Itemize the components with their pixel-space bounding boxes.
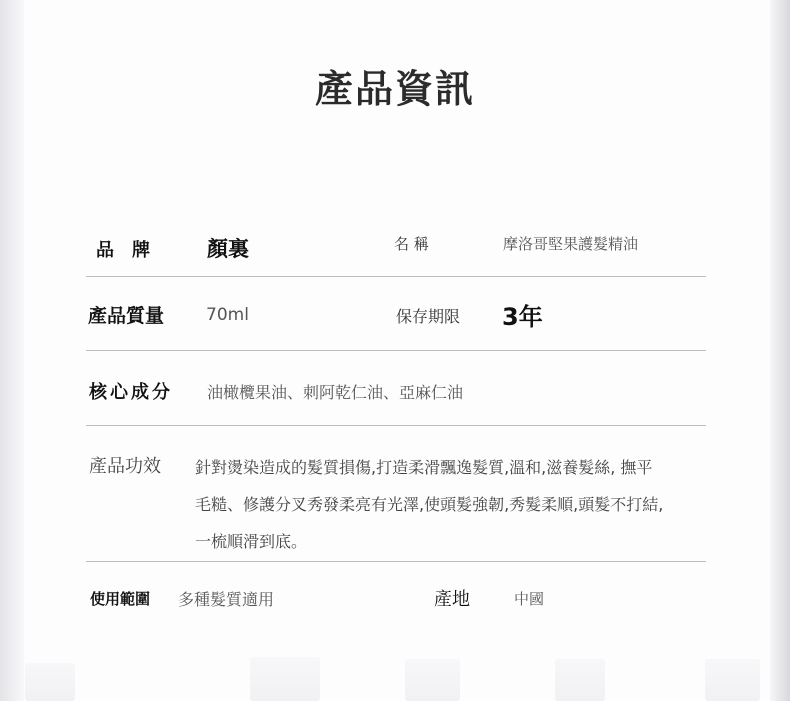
volume-label: 產品質量 xyxy=(88,301,164,328)
divider xyxy=(86,276,706,277)
page-title: 產品資訊 xyxy=(0,58,790,113)
blurred-product-bottles xyxy=(0,641,790,701)
shelf-life-value: 3年 xyxy=(502,297,543,332)
divider xyxy=(86,425,706,426)
divider xyxy=(86,561,706,562)
origin-value: 中國 xyxy=(514,588,544,609)
ingredients-value: 油橄欖果油、刺阿乾仁油、亞麻仁油 xyxy=(207,380,463,403)
efficacy-text: 針對燙染造成的髮質損傷,打造柔滑飄逸髮質,溫和,滋養髮絲, 撫平 毛糙、修護分叉… xyxy=(195,449,715,560)
shelf-life-label: 保存期限 xyxy=(396,304,460,327)
ingredients-label: 核心成分 xyxy=(89,378,173,404)
brand-value: 顏裏 xyxy=(207,233,249,263)
efficacy-line: 毛糙、修護分叉秀發柔亮有光澤,使頭髮強韌,秀髮柔順,頭髮不打結, xyxy=(195,486,715,523)
efficacy-line: 一梳順滑到底。 xyxy=(195,523,715,560)
volume-value: 70ml xyxy=(206,305,249,325)
name-value: 摩洛哥堅果護髮精油 xyxy=(503,233,638,254)
origin-label: 產地 xyxy=(434,585,470,611)
usage-label: 使用範圍 xyxy=(90,588,150,609)
name-label: 名 稱 xyxy=(394,233,429,254)
efficacy-line: 針對燙染造成的髮質損傷,打造柔滑飄逸髮質,溫和,滋養髮絲, 撫平 xyxy=(195,449,715,486)
divider xyxy=(86,350,706,351)
usage-value: 多種髮質適用 xyxy=(178,587,274,610)
brand-label: 品 牌 xyxy=(96,236,150,262)
efficacy-label: 產品功效 xyxy=(89,452,161,478)
